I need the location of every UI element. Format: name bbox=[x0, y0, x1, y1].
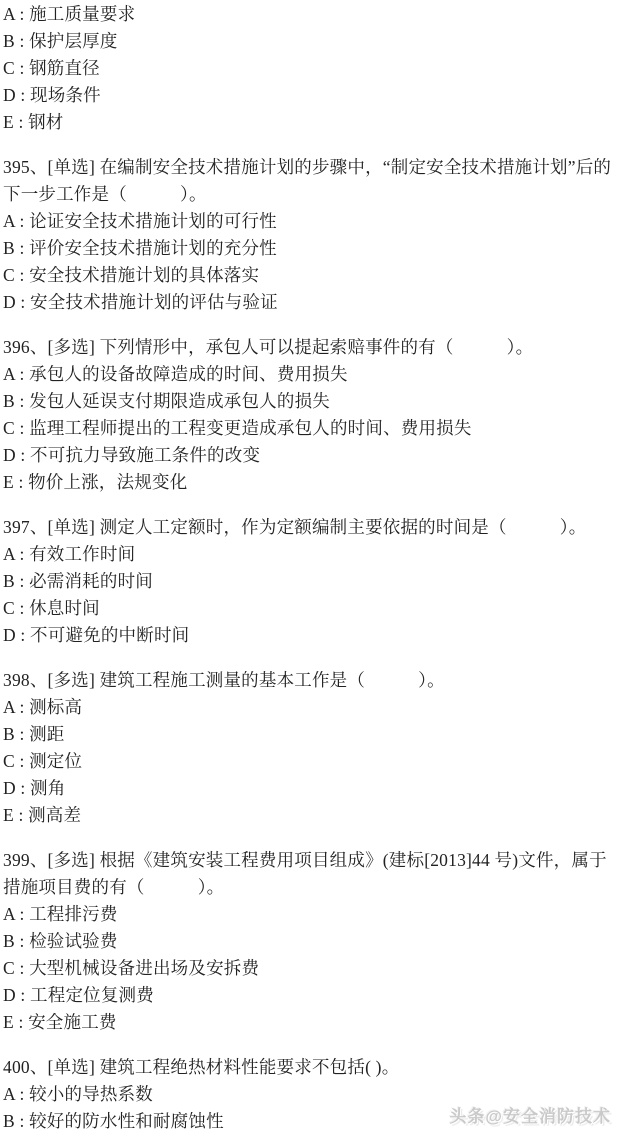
option-line: D : 测角 bbox=[3, 775, 614, 802]
option-line: A : 承包人的设备故障造成的时间、费用损失 bbox=[3, 361, 614, 388]
option-line: D : 工程定位复测费 bbox=[3, 982, 614, 1009]
option-line: A : 工程排污费 bbox=[3, 901, 614, 928]
option-line: D : 安全技术措施计划的评估与验证 bbox=[3, 289, 614, 316]
option-line: B : 评价安全技术措施计划的充分性 bbox=[3, 235, 614, 262]
toutiao-watermark: 头条@安全消防技术 bbox=[449, 1102, 611, 1127]
option-line: D : 现场条件 bbox=[3, 82, 614, 109]
question-399-block: 399、[多选] 根据《建筑安装工程费用项目组成》(建标[2013]44 号)文… bbox=[3, 847, 614, 1036]
option-line: B : 必需消耗的时间 bbox=[3, 568, 614, 595]
option-line: C : 大型机械设备进出场及安拆费 bbox=[3, 955, 614, 982]
option-line: B : 测距 bbox=[3, 721, 614, 748]
option-line: E : 安全施工费 bbox=[3, 1009, 614, 1036]
question-394-options-block: A : 施工质量要求 B : 保护层厚度 C : 钢筋直径 D : 现场条件 E… bbox=[3, 1, 614, 136]
option-line: A : 有效工作时间 bbox=[3, 541, 614, 568]
option-line: B : 检验试验费 bbox=[3, 928, 614, 955]
option-line: E : 钢材 bbox=[3, 109, 614, 136]
question-stem: 398、[多选] 建筑工程施工测量的基本工作是（ ）。 bbox=[3, 667, 614, 694]
question-398-block: 398、[多选] 建筑工程施工测量的基本工作是（ ）。 A : 测标高 B : … bbox=[3, 667, 614, 829]
question-stem: 397、[单选] 测定人工定额时，作为定额编制主要依据的时间是（ ）。 bbox=[3, 514, 614, 541]
option-line: A : 论证安全技术措施计划的可行性 bbox=[3, 208, 614, 235]
option-line: C : 监理工程师提出的工程变更造成承包人的时间、费用损失 bbox=[3, 415, 614, 442]
option-line: C : 安全技术措施计划的具体落实 bbox=[3, 262, 614, 289]
option-line: D : 不可避免的中断时间 bbox=[3, 622, 614, 649]
question-396-block: 396、[多选] 下列情形中，承包人可以提起索赔事件的有（ ）。 A : 承包人… bbox=[3, 334, 614, 496]
question-stem: 396、[多选] 下列情形中，承包人可以提起索赔事件的有（ ）。 bbox=[3, 334, 614, 361]
option-line: A : 施工质量要求 bbox=[3, 1, 614, 28]
option-line: E : 测高差 bbox=[3, 802, 614, 829]
option-line: B : 保护层厚度 bbox=[3, 28, 614, 55]
question-397-block: 397、[单选] 测定人工定额时，作为定额编制主要依据的时间是（ ）。 A : … bbox=[3, 514, 614, 649]
document-page: A : 施工质量要求 B : 保护层厚度 C : 钢筋直径 D : 现场条件 E… bbox=[0, 0, 617, 1135]
option-line: B : 发包人延误支付期限造成承包人的损失 bbox=[3, 388, 614, 415]
option-line: E : 物价上涨，法规变化 bbox=[3, 469, 614, 496]
option-line: D : 不可抗力导致施工条件的改变 bbox=[3, 442, 614, 469]
option-line: C : 测定位 bbox=[3, 748, 614, 775]
question-stem: 395、[单选] 在编制安全技术措施计划的步骤中，“制定安全技术措施计划”后的下… bbox=[3, 154, 614, 208]
question-395-block: 395、[单选] 在编制安全技术措施计划的步骤中，“制定安全技术措施计划”后的下… bbox=[3, 154, 614, 316]
option-line: C : 钢筋直径 bbox=[3, 55, 614, 82]
question-stem: 399、[多选] 根据《建筑安装工程费用项目组成》(建标[2013]44 号)文… bbox=[3, 847, 614, 901]
question-stem: 400、[单选] 建筑工程绝热材料性能要求不包括( )。 bbox=[3, 1054, 614, 1081]
option-line: C : 休息时间 bbox=[3, 595, 614, 622]
option-line: A : 测标高 bbox=[3, 694, 614, 721]
